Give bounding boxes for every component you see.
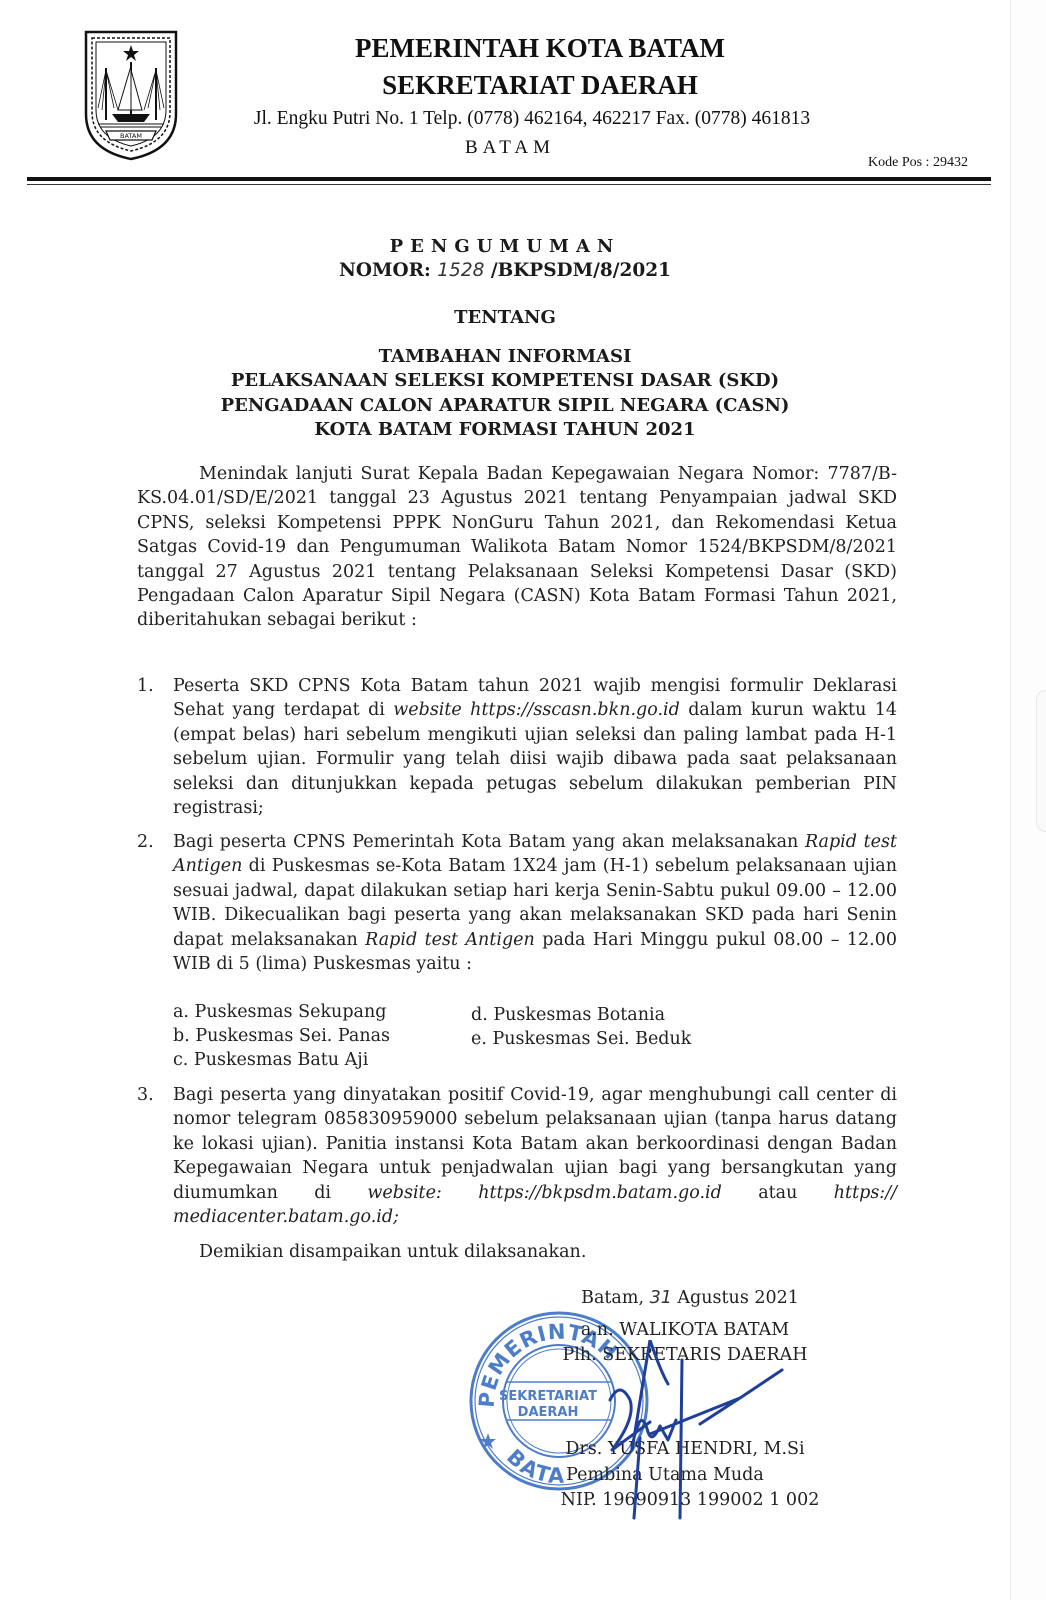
handwritten-signature [590,1340,790,1530]
subject-line: TAMBAHAN INFORMASI [0,346,1010,367]
signature-date: Batam, 31 Agustus 2021 [520,1288,860,1308]
announcement-number: NOMOR: 1528 /BKPSDM/8/2021 [0,260,1010,281]
list-item: 1. Peserta SKD CPNS Kota Batam tahun 202… [137,674,897,820]
letterhead-city: BATAM [465,137,575,159]
list-number: 1. [137,674,169,698]
puskesmas-item: a. Puskesmas Sekupang [173,1000,390,1024]
letterhead-divider-thin [27,184,991,185]
batam-coat-of-arms-logo: BATAM [82,28,180,162]
svg-text:DAERAH: DAERAH [518,1405,579,1420]
scrollbar-thumb[interactable] [1036,690,1046,832]
puskesmas-list-right: d. Puskesmas Botania e. Puskesmas Sei. B… [471,1003,691,1051]
list-item: 3. Bagi peserta yang dinyatakan positif … [137,1083,897,1229]
puskesmas-item: d. Puskesmas Botania [471,1003,691,1027]
list-text: Bagi peserta CPNS Pemerintah Kota Batam … [173,830,897,976]
puskesmas-item: c. Puskesmas Batu Aji [173,1048,390,1072]
announcement-heading: PENGUMUMAN [0,236,1010,257]
intro-paragraph: Menindak lanjuti Surat Kepala Badan Kepe… [137,462,897,633]
about-label: TENTANG [0,307,1010,328]
letterhead-address: Jl. Engku Putri No. 1 Telp. (0778) 46216… [232,108,832,130]
closing-sentence: Demikian disampaikan untuk dilaksanakan. [199,1242,586,1262]
letterhead-postal-code: Kode Pos : 29432 [868,155,1008,171]
svg-text:BATAM: BATAM [120,132,142,140]
number-handwritten: 1528 [437,260,484,281]
puskesmas-item: b. Puskesmas Sei. Panas [173,1024,390,1048]
subject-line: PELAKSANAAN SELEKSI KOMPETENSI DASAR (SK… [0,370,1010,391]
letterhead-office-name: SEKRETARIAT DAERAH [230,70,850,101]
list-number: 3. [137,1083,169,1107]
subject-line: KOTA BATAM FORMASI TAHUN 2021 [0,419,1010,440]
signature-on-behalf: a.n. WALIKOTA BATAM [515,1320,855,1340]
number-suffix: /BKPSDM/8/2021 [484,260,671,281]
number-prefix: NOMOR: [339,260,437,281]
puskesmas-item: e. Puskesmas Sei. Beduk [471,1027,691,1051]
website-link[interactable]: website: https://bkpsdm.batam.go.id [367,1183,721,1203]
list-number: 2. [137,830,169,854]
subject-line: PENGADAAN CALON APARATUR SIPIL NEGARA (C… [0,395,1010,416]
list-text: Peserta SKD CPNS Kota Batam tahun 2021 w… [173,674,897,820]
date-handwritten: 31 [650,1288,672,1308]
letterhead-government-name: PEMERINTAH KOTA BATAM [230,33,850,64]
website-link[interactable]: website https://sscasn.bkn.go.id [393,700,680,720]
document-page: BATAM PEMERINTAH KOTA BATAM SEKRETARIAT … [0,0,1010,1600]
puskesmas-list-left: a. Puskesmas Sekupang b. Puskesmas Sei. … [173,1000,390,1072]
list-text: Bagi peserta yang dinyatakan positif Cov… [173,1083,897,1229]
letterhead-divider-thick [27,177,991,181]
svg-text:SEKRETARIAT: SEKRETARIAT [499,1389,597,1404]
list-item: 2. Bagi peserta CPNS Pemerintah Kota Bat… [137,830,897,976]
